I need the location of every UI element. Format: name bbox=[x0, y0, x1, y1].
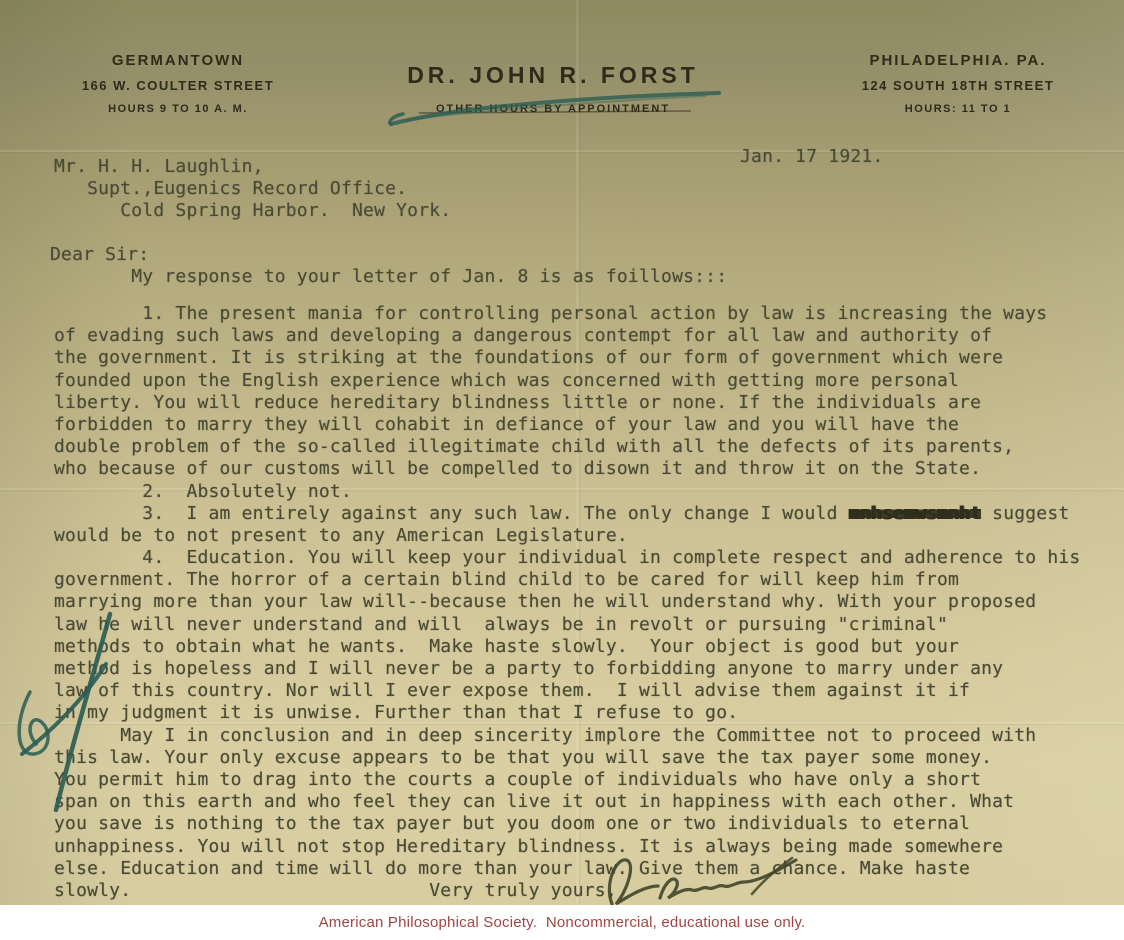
body-line: else. Education and time will do more th… bbox=[54, 858, 1080, 880]
body-line: this law. Your only excuse appears to be… bbox=[54, 747, 1080, 769]
recipient-address: Mr. H. H. Laughlin, Supt.,Eugenics Recor… bbox=[54, 156, 451, 223]
letterhead-right-street: 124 SOUTH 18TH STREET bbox=[838, 78, 1078, 93]
body-line: the government. It is striking at the fo… bbox=[54, 347, 1080, 369]
pen-underline-mark-icon bbox=[385, 78, 725, 128]
body-line-text: 3. I am entirely against any such law. T… bbox=[54, 503, 849, 524]
body-line: method is hopeless and I will never be a… bbox=[54, 658, 1080, 680]
salutation: Dear Sir: bbox=[50, 244, 149, 266]
body-line: 2. Absolutely not. bbox=[54, 481, 1080, 503]
letterhead-right: PHILADELPHIA. PA. 124 SOUTH 18TH STREET … bbox=[838, 52, 1078, 115]
letterhead-left-hours: HOURS 9 TO 10 A. M. bbox=[48, 103, 308, 115]
scanned-letter-page: GERMANTOWN 166 W. COULTER STREET HOURS 9… bbox=[0, 0, 1124, 940]
letterhead-left-city: GERMANTOWN bbox=[48, 52, 308, 69]
archive-caption: American Philosophical Society. Noncomme… bbox=[319, 914, 806, 931]
body-line: 1. The present mania for controlling per… bbox=[54, 303, 1080, 325]
body-line: law he will never understand and will al… bbox=[54, 614, 1080, 636]
body-line: liberty. You will reduce hereditary blin… bbox=[54, 392, 1080, 414]
body-line: law of this country. Nor will I ever exp… bbox=[54, 680, 1080, 702]
body-line: May I in conclusion and in deep sincerit… bbox=[54, 725, 1080, 747]
body-line: 3. I am entirely against any such law. T… bbox=[54, 503, 1080, 525]
body-line: 4. Education. You will keep your individ… bbox=[54, 547, 1080, 569]
date-line: Jan. 17 1921. bbox=[740, 146, 883, 168]
body-line: span on this earth and who feel they can… bbox=[54, 791, 1080, 813]
letterhead-right-city: PHILADELPHIA. PA. bbox=[838, 52, 1078, 69]
body-line: unhappiness. You will not stop Hereditar… bbox=[54, 836, 1080, 858]
body-line: would be to not present to any American … bbox=[54, 525, 1080, 547]
body-line: of evading such laws and developing a da… bbox=[54, 325, 1080, 347]
opening-line: My response to your letter of Jan. 8 is … bbox=[54, 266, 727, 288]
body-line: forbidden to marry they will cohabit in … bbox=[54, 414, 1080, 436]
letterhead-right-hours: HOURS: 11 TO 1 bbox=[838, 103, 1078, 115]
paper-crease-horizontal-1 bbox=[0, 150, 1124, 152]
body-line: marrying more than your law will--becaus… bbox=[54, 591, 1080, 613]
body-line: slowly. Very truly yours, bbox=[54, 880, 1080, 902]
letter-body: 1. The present mania for controlling per… bbox=[54, 303, 1080, 902]
body-line: double problem of the so-called illegiti… bbox=[54, 436, 1080, 458]
letterhead-left-street: 166 W. COULTER STREET bbox=[48, 78, 308, 93]
struck-out-word: mnhsemwsmnht bbox=[849, 503, 981, 524]
pen-x-mark-icon bbox=[6, 606, 136, 816]
letter-paper: GERMANTOWN 166 W. COULTER STREET HOURS 9… bbox=[0, 0, 1124, 905]
body-line: in my judgment it is unwise. Further tha… bbox=[54, 702, 1080, 724]
body-line: methods to obtain what he wants. Make ha… bbox=[54, 636, 1080, 658]
body-line: government. The horror of a certain blin… bbox=[54, 569, 1080, 591]
body-line: founded upon the English experience whic… bbox=[54, 370, 1080, 392]
letterhead-left: GERMANTOWN 166 W. COULTER STREET HOURS 9… bbox=[48, 52, 308, 115]
body-line: who because of our customs will be compe… bbox=[54, 458, 1080, 480]
body-line: you save is nothing to the tax payer but… bbox=[54, 813, 1080, 835]
archive-footer: American Philosophical Society. Noncomme… bbox=[0, 905, 1124, 940]
body-line-text: suggest bbox=[981, 503, 1069, 524]
body-line: You permit him to drag into the courts a… bbox=[54, 769, 1080, 791]
